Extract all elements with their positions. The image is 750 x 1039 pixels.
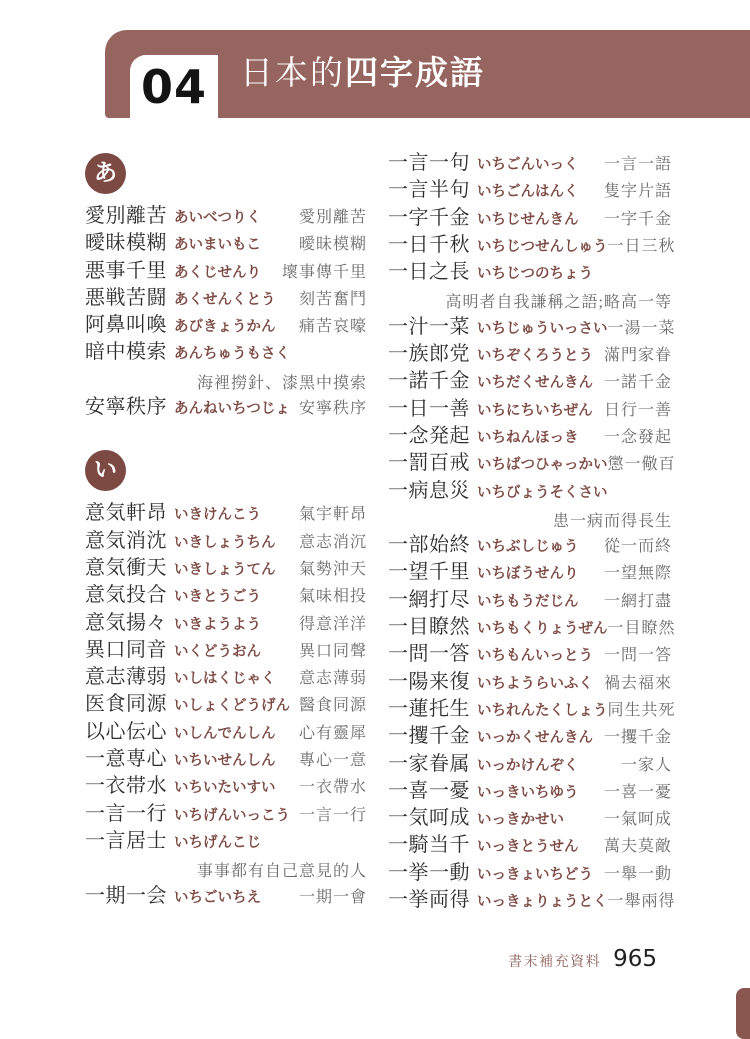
idiom-text: 意志薄弱 [85,667,167,687]
meaning-text: 滿門家眷 [604,348,672,364]
meaning-text: 一舉兩得 [608,894,676,910]
meaning-text: 一言一語 [604,157,672,173]
idiom-text: 一日千秋 [388,235,470,255]
meaning-text: 一衣帶水 [299,780,367,796]
reading-text: いちじつせんしゅう [477,240,608,255]
reading-text: いちじゅういっさい [477,322,608,337]
idiom-text: 以心伝心 [85,722,167,742]
idiom-text: 愛別離苦 [85,206,167,226]
reading-text: いちねんほっき [477,431,579,446]
idiom-text: 一言居士 [85,831,167,851]
reading-text: いちにちいちぜん [477,404,593,419]
idiom-text: 一目瞭然 [388,617,470,637]
meaning-text: 一期一會 [299,890,367,906]
idiom-text: 一族郎党 [388,344,470,364]
meaning-text: 一言一行 [299,808,367,824]
meaning-text: 一諾千金 [604,375,672,391]
reading-text: いっきょりょうとく [477,895,608,910]
meaning-text: 一望無際 [604,566,672,582]
idiom-text: 意気軒昂 [85,503,167,523]
entry-row: 意気衝天いきしょうてん氣勢沖天 [85,558,367,585]
entry-row: 悪事千里あくじせんり壞事傳千里 [85,261,367,288]
idiom-text: 一部始終 [388,535,470,555]
idiom-text: 医食同源 [85,694,167,714]
idiom-text: 一気呵成 [388,808,470,828]
section-kana-badge: あ [85,153,126,194]
chapter-number: 04 [141,64,207,110]
reading-text: いちもんいっとう [477,649,593,664]
entry-row: 一挙一動いっきょいちどう一舉一動 [388,863,672,890]
meaning-text: 安寧秩序 [299,401,367,417]
entry-row: 異口同音いくどうおん異口同聲 [85,640,367,667]
reading-text: いちいせんしん [174,754,276,769]
entry-row: 一喜一憂いっきいちゆう一喜一憂 [388,781,672,808]
reading-text: いしんでんしん [174,727,276,742]
meaning-text: 一問一答 [604,648,672,664]
reading-text: いっかけんぞく [477,759,579,774]
idiom-text: 一言半句 [388,180,470,200]
meaning-text: 愛別離苦 [299,210,367,226]
idiom-text: 悪事千里 [85,261,167,281]
reading-text: いきとうごう [174,590,261,605]
section-thumb-tab [736,988,750,1039]
idiom-text: 一期一会 [85,886,167,906]
entry-row: 一汁一菜いちじゅういっさい一湯一菜 [388,317,672,344]
reading-text: いちごいちえ [174,891,261,906]
idiom-text: 意気投合 [85,585,167,605]
idiom-text: 一言一句 [388,153,470,173]
entry-row: 意志薄弱いしはくじゃく意志薄弱 [85,667,367,694]
chapter-title-bold: 四字成語 [345,58,485,91]
idiom-text: 一罰百戒 [388,453,470,473]
meaning-text: 萬夫莫敵 [604,839,672,855]
entry-row: 悪戦苦闘あくせんくとう刻苦奮鬥 [85,288,367,315]
idiom-text: 一言一行 [85,804,167,824]
entry-row: 以心伝心いしんでんしん心有靈犀 [85,722,367,749]
meaning-text: 一舉一動 [604,867,672,883]
idiom-text: 暗中模索 [85,342,167,362]
reading-text: いちばつひゃっかい [477,458,608,473]
meaning-text: 意志消沉 [299,535,367,551]
entry-note: 高明者自我謙稱之語;略高一等 [388,289,672,316]
meaning-text: 禍去福來 [604,676,672,692]
meaning-text: 一氣呵成 [604,812,672,828]
reading-text: いっきいちゆう [477,786,579,801]
entry-row: 一意専心いちいせんしん專心一意 [85,749,367,776]
meaning-text: 從一而終 [604,539,672,555]
entry-row: 一日之長いちじつのちょう [388,262,672,289]
reading-text: あくせんくとう [174,293,276,308]
meaning-text: 一字千金 [604,212,672,228]
meaning-text: 同生共死 [608,703,676,719]
idiom-text: 一望千里 [388,562,470,582]
idiom-text: 一喜一憂 [388,781,470,801]
idiom-text: 一衣帯水 [85,776,167,796]
entry-row: 一日千秋いちじつせんしゅう一日三秋 [388,235,672,262]
meaning-text: 刻苦奮鬥 [299,292,367,308]
entry-row: 一騎当千いっきとうせん萬夫莫敵 [388,835,672,862]
reading-text: いちもうだじん [477,595,579,610]
meaning-text: 壞事傳千里 [282,265,367,281]
meaning-text: 一喜一憂 [604,785,672,801]
idiom-text: 安寧秩序 [85,397,167,417]
reading-text: いくどうおん [174,645,261,660]
reading-text: いしはくじゃく [174,672,276,687]
idiom-text: 一念発起 [388,426,470,446]
meaning-text: 醫食同源 [299,698,367,714]
reading-text: いちいたいすい [174,781,276,796]
entry-row: 一言一行いちげんいっこう一言一行 [85,804,367,831]
idiom-text: 一網打尽 [388,590,470,610]
idiom-text: 異口同音 [85,640,167,660]
reading-text: いっかくせんきん [477,731,593,746]
reading-text: いきしょうちん [174,536,276,551]
page-footer: 書末補充資料 965 [508,948,657,971]
reading-text: いきようよう [174,618,261,633]
entry-row: 一言半句いちごんはんく隻字片語 [388,180,672,207]
entry-row: 一家眷属いっかけんぞく一家人 [388,754,672,781]
entry-row: 一網打尽いちもうだじん一網打盡 [388,590,672,617]
reading-text: いちぼうせんり [477,567,579,582]
idiom-text: 一字千金 [388,208,470,228]
meaning-text: 懲一儆百 [608,457,676,473]
entry-row: 阿鼻叫喚あびきょうかん痛苦哀嚎 [85,315,367,342]
idiom-text: 一攫千金 [388,726,470,746]
reading-text: いしょくどうげん [174,699,290,714]
entry-row: 意気投合いきとうごう氣味相投 [85,585,367,612]
reading-text: いちぞくろうとう [477,349,593,364]
meaning-text: 異口同聲 [299,644,367,660]
entry-row: 一族郎党いちぞくろうとう滿門家眷 [388,344,672,371]
idiom-text: 一問一答 [388,644,470,664]
reading-text: いきけんこう [174,508,261,523]
chapter-number-box: 04 [130,55,218,118]
chapter-banner: 04 日本的四字成語 [105,30,750,118]
entry-row: 一蓮托生いちれんたくしょう同生共死 [388,699,672,726]
right-column: 一言一句いちごんいっく一言一語一言半句いちごんはんく隻字片語一字千金いちじせんき… [388,153,672,917]
entry-row: 一攫千金いっかくせんきん一攫千金 [388,726,672,753]
reading-text: いきしょうてん [174,563,276,578]
entry-note: 患一病而得長生 [388,508,672,535]
page-number: 965 [613,948,657,971]
meaning-text: 一目瞭然 [608,621,676,637]
idiom-text: 一汁一菜 [388,317,470,337]
reading-text: いちびょうそくさい [477,486,608,501]
chapter-title-regular: 日本的 [240,58,345,91]
entry-row: 一期一会いちごいちえ一期一會 [85,886,367,913]
meaning-text: 專心一意 [299,753,367,769]
reading-text: あいべつりく [174,211,261,226]
reading-text: いちじせんきん [477,213,579,228]
idiom-text: 悪戦苦闘 [85,288,167,308]
idiom-text: 阿鼻叫喚 [85,315,167,335]
reading-text: いっきとうせん [477,840,579,855]
entry-row: 一罰百戒いちばつひゃっかい懲一儆百 [388,453,672,480]
reading-text: いちれんたくしょう [477,704,608,719]
entry-row: 一部始終いちぶしじゅう從一而終 [388,535,672,562]
entry-row: 意気軒昂いきけんこう氣宇軒昂 [85,503,367,530]
idiom-text: 一日之長 [388,262,470,282]
idiom-text: 意気消沈 [85,531,167,551]
idiom-text: 一蓮托生 [388,699,470,719]
left-column: あ愛別離苦あいべつりく愛別離苦曖昧模糊あいまいもこ曖昧模糊悪事千里あくじせんり壞… [85,153,367,913]
meaning-text: 一日三秋 [608,239,676,255]
entry-row: 一気呵成いっきかせい一氣呵成 [388,808,672,835]
meaning-text: 氣宇軒昂 [299,507,367,523]
entry-note: 海裡撈針、漆黑中摸索 [85,370,367,397]
entry-row: 愛別離苦あいべつりく愛別離苦 [85,206,367,233]
meaning-text: 心有靈犀 [299,726,367,742]
entry-row: 一望千里いちぼうせんり一望無際 [388,562,672,589]
entry-row: 一目瞭然いちもくりょうぜん一目瞭然 [388,617,672,644]
section-kana-badge: い [85,450,126,491]
idiom-text: 一陽来復 [388,672,470,692]
reading-text: あいまいもこ [174,238,261,253]
reading-text: いっきょいちどう [477,868,593,883]
entry-note: 事事都有自己意見的人 [85,858,367,885]
entry-row: 安寧秩序あんねいちつじょ安寧秩序 [85,397,367,424]
entry-row: 一衣帯水いちいたいすい一衣帶水 [85,776,367,803]
reading-text: いちぶしじゅう [477,540,579,555]
entry-row: 一言一句いちごんいっく一言一語 [388,153,672,180]
meaning-text: 隻字片語 [604,184,672,200]
reading-text: いちげんいっこう [174,809,290,824]
entry-row: 一挙両得いっきょりょうとく一舉兩得 [388,890,672,917]
meaning-text: 氣味相投 [299,589,367,605]
meaning-text: 痛苦哀嚎 [299,319,367,335]
entry-row: 一言居士いちげんこじ [85,831,367,858]
reading-text: いちようらいふく [477,677,593,692]
reading-text: いちもくりょうぜん [477,622,608,637]
meaning-text: 一念發起 [604,430,672,446]
idiom-text: 一挙両得 [388,890,470,910]
footer-section-label: 書末補充資料 [508,956,601,970]
meaning-text: 一網打盡 [604,594,672,610]
entry-row: 意気消沈いきしょうちん意志消沉 [85,531,367,558]
idiom-text: 曖昧模糊 [85,233,167,253]
entry-row: 医食同源いしょくどうげん醫食同源 [85,694,367,721]
entry-row: 一病息災いちびょうそくさい [388,481,672,508]
entry-row: 一日一善いちにちいちぜん日行一善 [388,399,672,426]
reading-text: いちだくせんきん [477,376,593,391]
entry-row: 意気揚々いきようよう得意洋洋 [85,613,367,640]
reading-text: あんねいちつじょ [174,402,290,417]
meaning-text: 得意洋洋 [299,617,367,633]
reading-text: いちごんいっく [477,158,579,173]
idiom-text: 一家眷属 [388,754,470,774]
entry-row: 一陽来復いちようらいふく禍去福來 [388,672,672,699]
reading-text: あんちゅうもさく [174,347,290,362]
idiom-text: 一意専心 [85,749,167,769]
meaning-text: 一家人 [621,758,672,774]
reading-text: いちじつのちょう [477,267,593,282]
book-page: 04 日本的四字成語 あ愛別離苦あいべつりく愛別離苦曖昧模糊あいまいもこ曖昧模糊… [0,0,750,1039]
reading-text: いちげんこじ [174,836,261,851]
idiom-text: 一諾千金 [388,371,470,391]
reading-text: あくじせんり [174,266,261,281]
meaning-text: 日行一善 [604,403,672,419]
idiom-text: 一騎当千 [388,835,470,855]
entry-row: 暗中模索あんちゅうもさく [85,342,367,369]
idiom-text: 一挙一動 [388,863,470,883]
meaning-text: 一攫千金 [604,730,672,746]
reading-text: あびきょうかん [174,320,276,335]
idiom-text: 一日一善 [388,399,470,419]
chapter-title: 日本的四字成語 [240,30,485,118]
meaning-text: 曖昧模糊 [299,237,367,253]
idiom-text: 一病息災 [388,481,470,501]
idiom-text: 意気衝天 [85,558,167,578]
entry-row: 一問一答いちもんいっとう一問一答 [388,644,672,671]
entry-row: 一念発起いちねんほっき一念發起 [388,426,672,453]
entry-row: 曖昧模糊あいまいもこ曖昧模糊 [85,233,367,260]
reading-text: いっきかせい [477,813,564,828]
meaning-text: 一湯一菜 [608,321,676,337]
idiom-text: 意気揚々 [85,613,167,633]
entry-row: 一諾千金いちだくせんきん一諾千金 [388,371,672,398]
entry-row: 一字千金いちじせんきん一字千金 [388,208,672,235]
meaning-text: 意志薄弱 [299,671,367,687]
meaning-text: 氣勢沖天 [299,562,367,578]
reading-text: いちごんはんく [477,185,579,200]
